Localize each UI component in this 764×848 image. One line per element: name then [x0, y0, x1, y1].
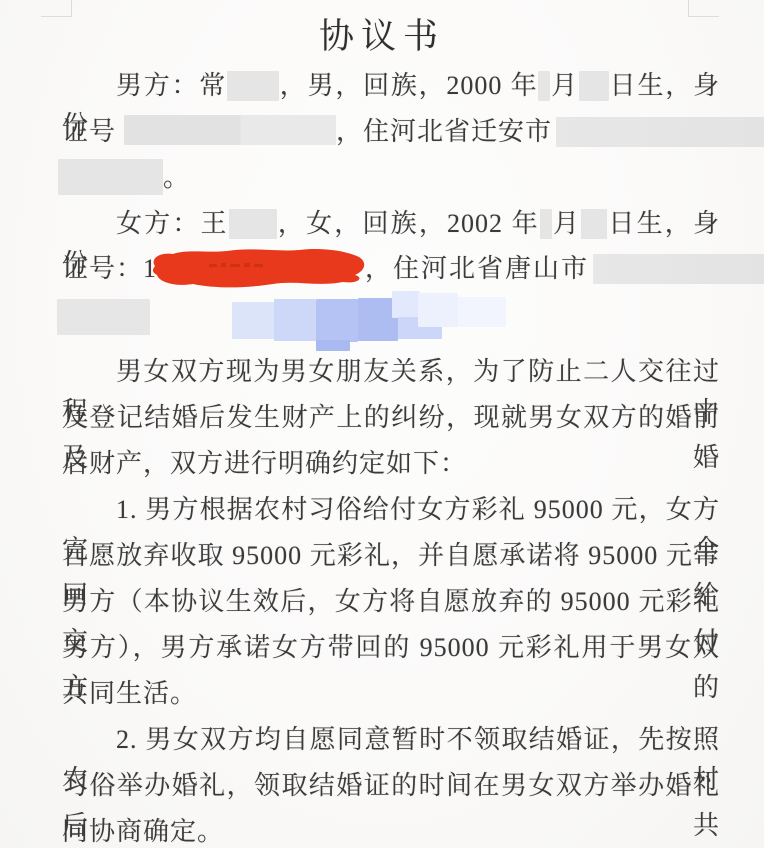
mosaic-tile: [274, 299, 316, 341]
party-b-name: 女方：王: [116, 209, 229, 238]
party-a-address: ，住河北省迁安市: [336, 112, 552, 152]
clause-1-line-3: 男方（本协议生效后，女方将自愿放弃的 95000 元彩礼交付: [62, 582, 720, 622]
mosaic-tile: [418, 293, 458, 327]
month-label: 月: [550, 71, 579, 100]
redaction-box-address-a-2: [58, 159, 163, 195]
preamble-line-2: 及登记结婚后发生财产上的纠纷，现就男女双方的婚前及婚: [62, 398, 720, 438]
mosaic-tile: [316, 340, 350, 351]
party-b-info: ，女，回族，2002 年: [277, 209, 540, 238]
redaction-box-address-b: [593, 254, 764, 284]
clause-1-line-2: 自愿放弃收取 95000 元彩礼，并自愿承诺将 95000 元带回给: [62, 536, 720, 576]
party-a-line-3: 。: [62, 158, 720, 198]
party-a-line-1: 男方：常，男，回族，2000 年月日生，身份: [62, 66, 720, 106]
redaction-box-day-a: [579, 71, 609, 101]
id-number-label-b: 证号：1: [62, 249, 157, 289]
redaction-box-name-a: [227, 71, 279, 101]
mosaic-tile: [392, 291, 420, 318]
agreement-document-photo: 协议书 男方：常，男，回族，2000 年月日生，身份 证号，住河北省迁安市 。 …: [0, 0, 764, 848]
preamble-line-3: 后财产，双方进行明确约定如下：: [62, 444, 720, 484]
clause-1-line-1: 1. 男方根据农村习俗给付女方彩礼 95000 元，女方完全: [62, 490, 720, 530]
preamble-line-1: 男女双方现为男女朋友关系，为了防止二人交往过程中: [62, 352, 720, 392]
clause-1-line-4: 男方），男方承诺女方带回的 95000 元彩礼用于男女双方的: [62, 628, 720, 668]
party-b-line-1: 女方：王，女，回族，2002 年月日生，身份: [62, 204, 720, 244]
party-a-name: 男方：常: [116, 71, 227, 100]
red-scribble-redaction: [147, 244, 369, 290]
party-a-info: ，男，回族，2000 年: [279, 71, 538, 100]
clause-2-line-1: 2. 男女双方均自愿同意暂时不领取结婚证，先按照农村: [62, 720, 720, 760]
clause-2-line-3: 同协商确定。: [62, 812, 720, 848]
party-b-line-2: 证号：1 ，住河北省唐山市: [62, 249, 764, 289]
party-a-line-2: 证号，住河北省迁安市: [62, 112, 764, 152]
mosaic-redaction: [62, 296, 720, 342]
redaction-box-month-b: [540, 209, 552, 239]
party-b-line-3: [62, 296, 720, 342]
period-mark: 。: [163, 163, 190, 192]
clause-2-line-2: 习俗举办婚礼，领取结婚证的时间在男女双方举办婚礼后共: [62, 766, 720, 806]
redaction-box-day-b: [581, 209, 607, 239]
mosaic-tile: [232, 302, 274, 339]
redaction-box-address-b-2: [57, 299, 150, 335]
month-label: 月: [552, 209, 581, 238]
mosaic-tile: [458, 297, 506, 327]
document-title: 协议书: [0, 14, 764, 60]
redaction-box-month-a: [538, 71, 550, 101]
redaction-box-address-a: [556, 117, 764, 147]
mosaic-tile: [316, 299, 358, 342]
clause-1-line-5: 共同生活。: [62, 674, 720, 714]
id-number-label-a: 证号: [62, 112, 116, 152]
redaction-box-id-a: [124, 115, 336, 145]
party-b-address: ，住河北省唐山市: [365, 249, 589, 289]
redaction-box-name-b: [229, 209, 277, 239]
